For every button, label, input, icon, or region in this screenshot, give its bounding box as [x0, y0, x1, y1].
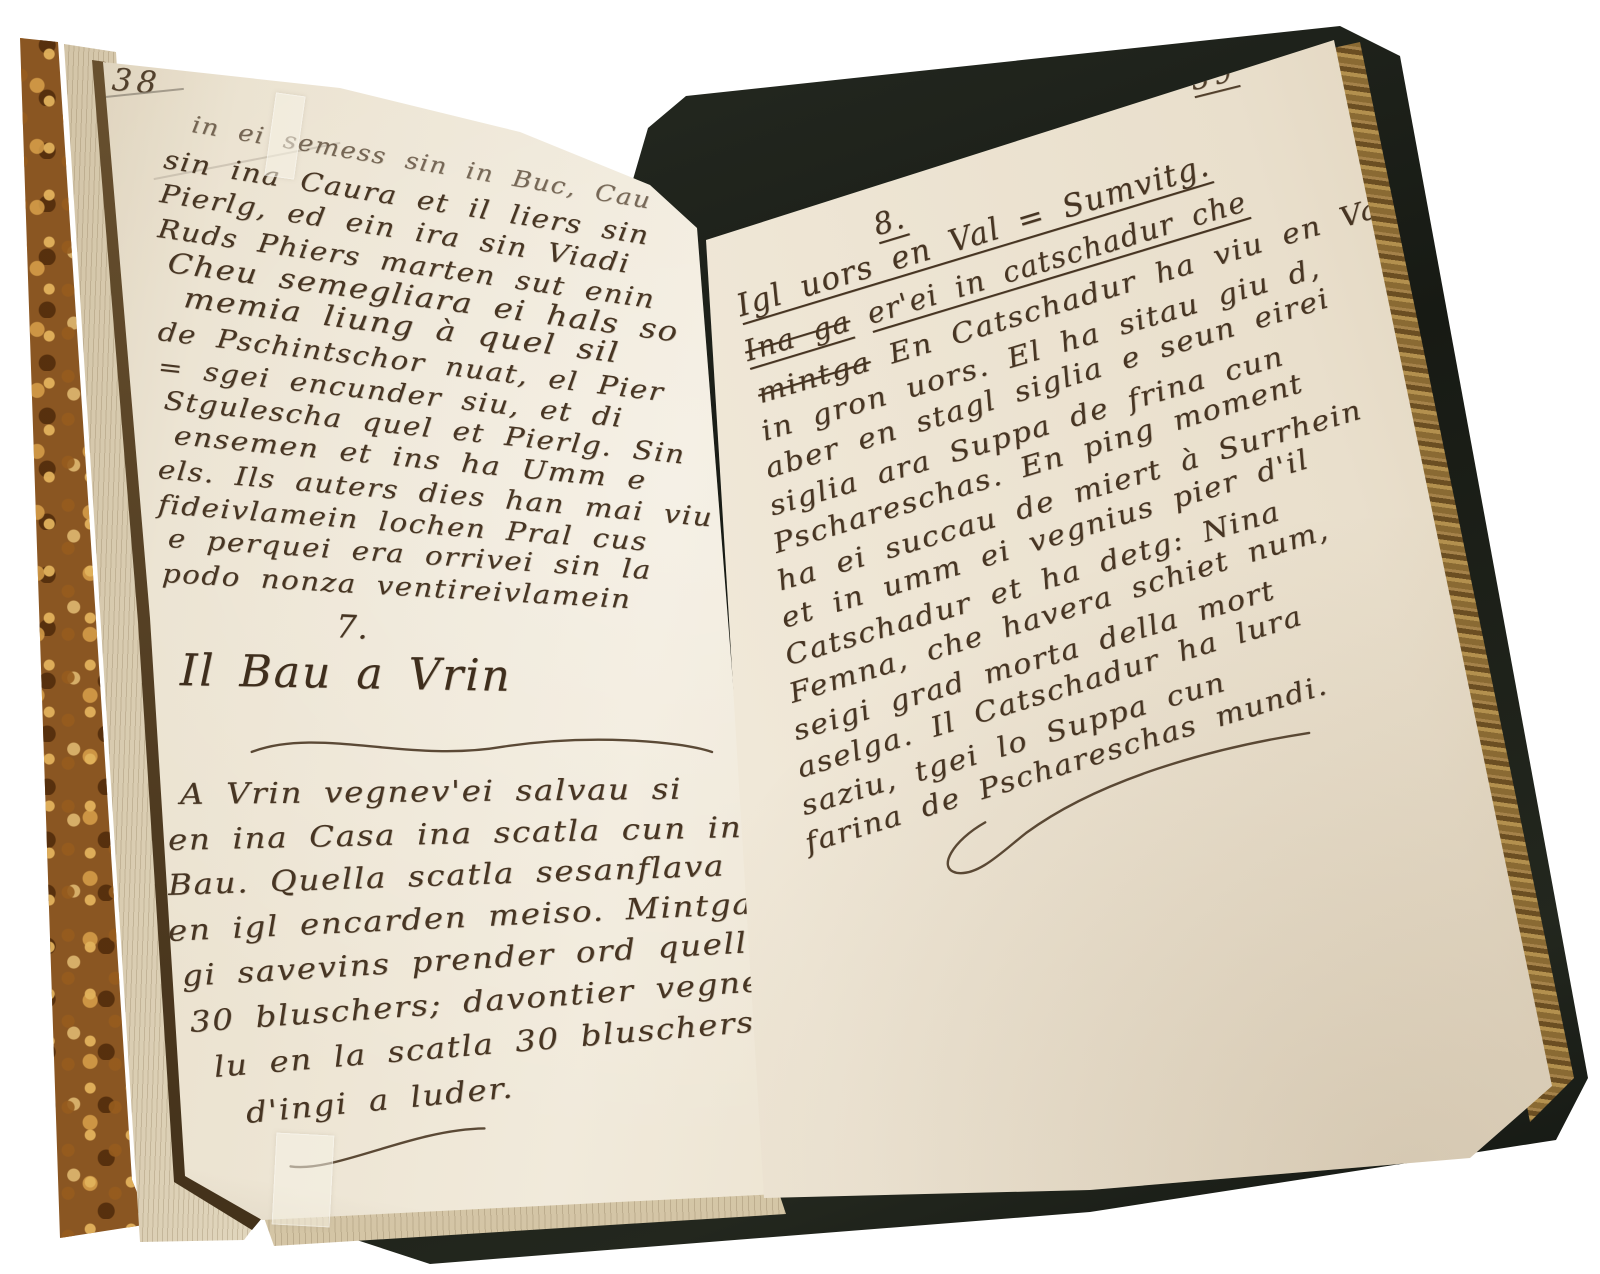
section-number-7: 7.: [335, 607, 370, 647]
section-title-left: Il Bau a Vrin: [180, 645, 513, 702]
left-page-paragraph-bottom: A Vrin vegnev'ei salvau sien ina Casa in…: [168, 772, 768, 1136]
adhesive-tape: [272, 1133, 335, 1228]
book-photo: 38 in ei semess sin in Buc, Causin ina C…: [0, 0, 1600, 1274]
